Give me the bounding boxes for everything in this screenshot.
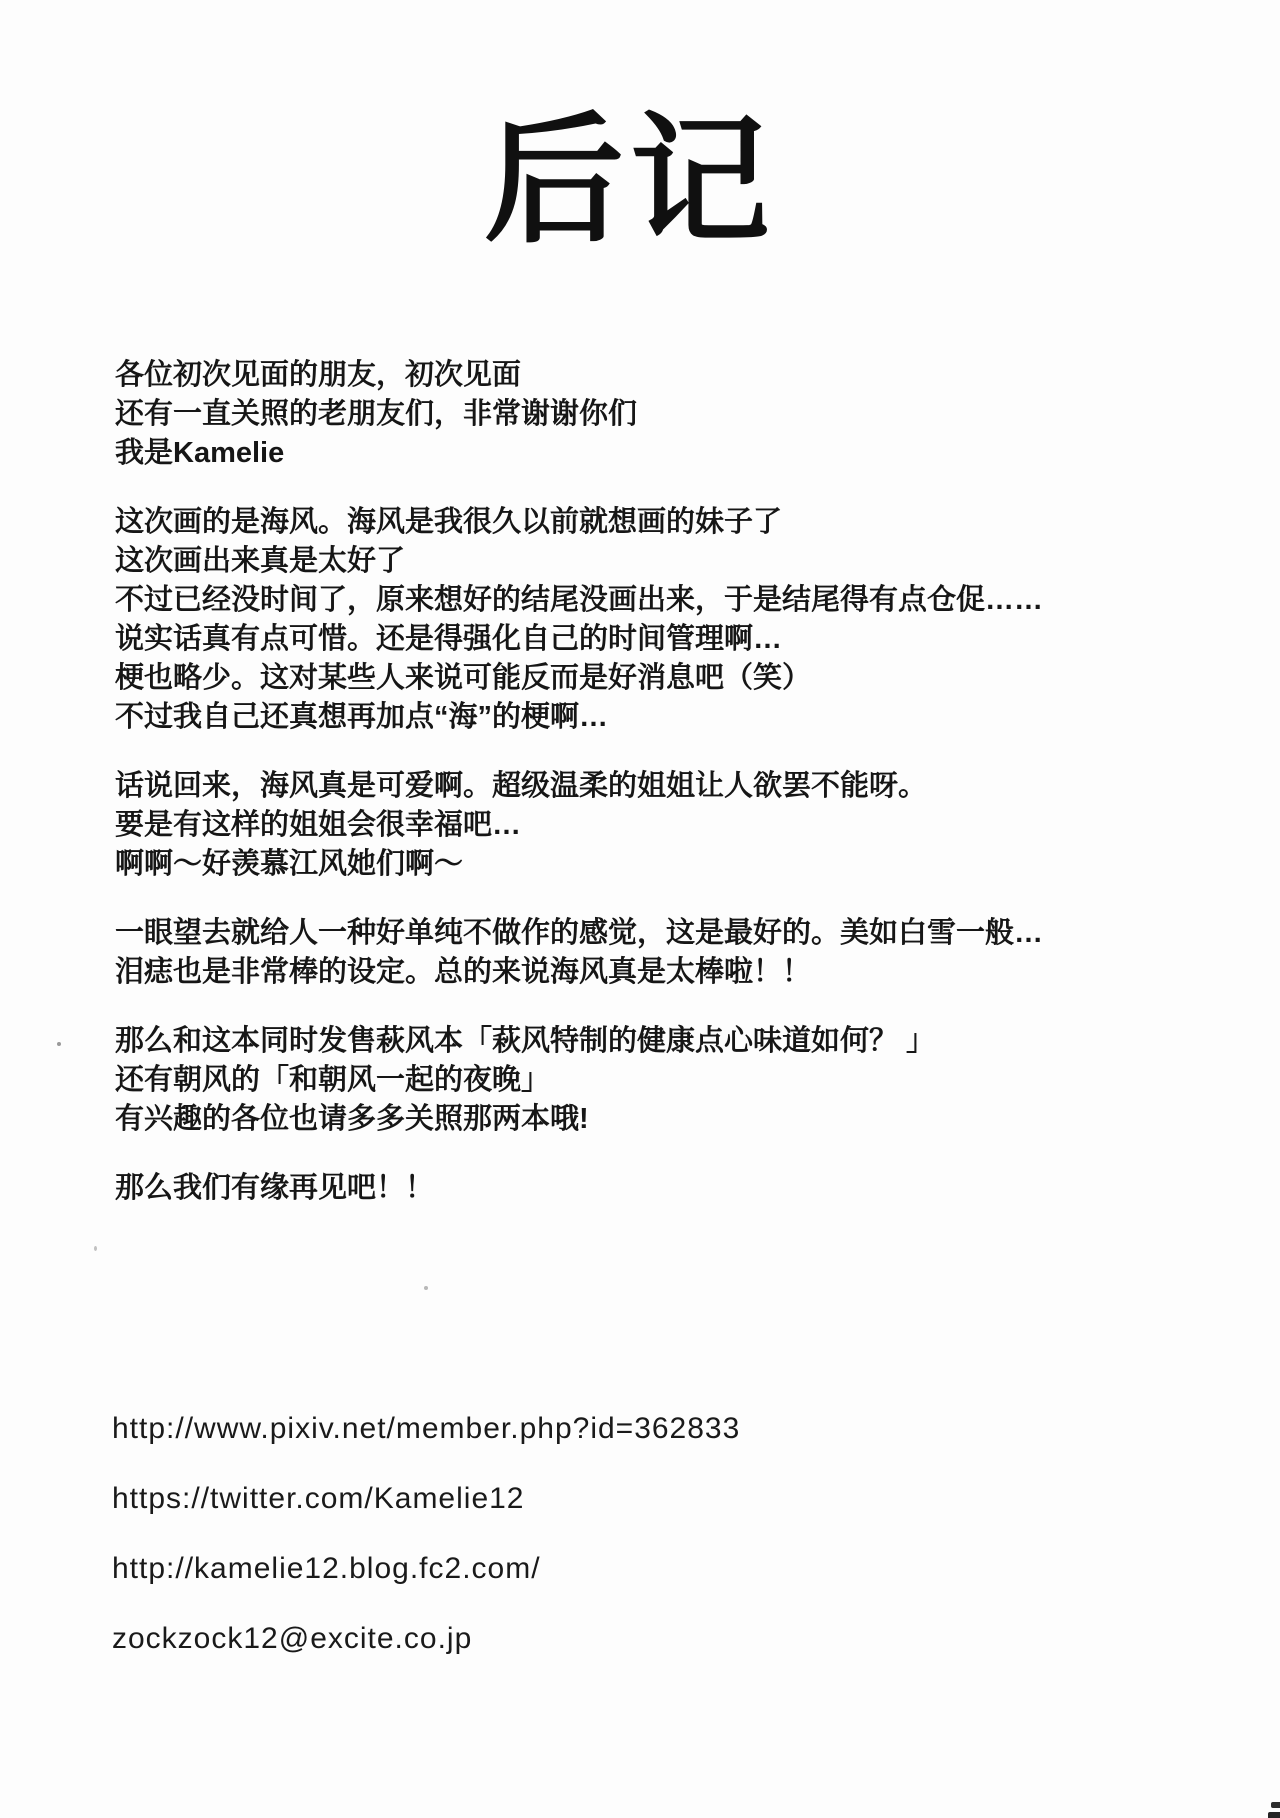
text-line: 啊啊～好羡慕江风她们啊～: [115, 845, 1215, 884]
page-number-cropped: [1268, 1812, 1280, 1818]
page-title: 后记: [0, 104, 1260, 258]
pixiv-url: http://www.pixiv.net/member.php?id=36283…: [112, 1394, 1012, 1464]
blog-url: http://kamelie12.blog.fc2.com/: [112, 1534, 1012, 1604]
text-line: 一眼望去就给人一种好单纯不做作的感觉，这是最好的。美如白雪一般…: [115, 914, 1215, 953]
text-line: 泪痣也是非常棒的设定。总的来说海风真是太棒啦！！: [115, 953, 1215, 992]
afterword-body: 各位初次见面的朋友，初次见面 还有一直关照的老朋友们，非常谢谢你们 我是Kame…: [115, 356, 1215, 1238]
paragraph-other-books: 那么和这本同时发售萩风本「萩风特制的健康点心味道如何？ 」 还有朝风的「和朝风一…: [115, 1022, 1215, 1139]
text-line: 有兴趣的各位也请多多关照那两本哦!: [115, 1100, 1215, 1139]
scan-speck: [94, 1246, 97, 1251]
text-line: 那么和这本同时发售萩风本「萩风特制的健康点心味道如何？ 」: [115, 1022, 1215, 1061]
afterword-page: 后记 各位初次见面的朋友，初次见面 还有一直关照的老朋友们，非常谢谢你们 我是K…: [0, 0, 1280, 1818]
text-line: 不过我自己还真想再加点“海”的梗啊…: [115, 698, 1215, 737]
email-address: zockzock12@excite.co.jp: [112, 1604, 1012, 1674]
contact-links: http://www.pixiv.net/member.php?id=36283…: [112, 1394, 1012, 1674]
text-line: 说实话真有点可惜。还是得强化自己的时间管理啊…: [115, 620, 1215, 659]
scan-speck: [424, 1286, 428, 1290]
text-line: 那么我们有缘再见吧！！: [115, 1169, 1215, 1208]
page-number-cropped: [1271, 1802, 1280, 1808]
text-line: 这次画出来真是太好了: [115, 542, 1215, 581]
twitter-url: https://twitter.com/Kamelie12: [112, 1464, 1012, 1534]
paragraph-greeting: 各位初次见面的朋友，初次见面 还有一直关照的老朋友们，非常谢谢你们 我是Kame…: [115, 356, 1215, 473]
paragraph-character: 话说回来，海风真是可爱啊。超级温柔的姐姐让人欲罢不能呀。 要是有这样的姐姐会很幸…: [115, 767, 1215, 884]
paragraph-farewell: 那么我们有缘再见吧！！: [115, 1169, 1215, 1208]
text-line: 这次画的是海风。海风是我很久以前就想画的妹子了: [115, 503, 1215, 542]
text-line: 梗也略少。这对某些人来说可能反而是好消息吧（笑）: [115, 659, 1215, 698]
text-line: 话说回来，海风真是可爱啊。超级温柔的姐姐让人欲罢不能呀。: [115, 767, 1215, 806]
text-line: 要是有这样的姐姐会很幸福吧…: [115, 806, 1215, 845]
text-line: 还有一直关照的老朋友们，非常谢谢你们: [115, 395, 1215, 434]
scan-speck: [57, 1042, 61, 1046]
text-line: 不过已经没时间了，原来想好的结尾没画出来，于是结尾得有点仓促……: [115, 581, 1215, 620]
paragraph-impression: 一眼望去就给人一种好单纯不做作的感觉，这是最好的。美如白雪一般… 泪痣也是非常棒…: [115, 914, 1215, 992]
paragraph-about-book: 这次画的是海风。海风是我很久以前就想画的妹子了 这次画出来真是太好了 不过已经没…: [115, 503, 1215, 737]
text-line: 我是Kamelie: [115, 434, 1215, 473]
text-line: 还有朝风的「和朝风一起的夜晚」: [115, 1061, 1215, 1100]
text-line: 各位初次见面的朋友，初次见面: [115, 356, 1215, 395]
